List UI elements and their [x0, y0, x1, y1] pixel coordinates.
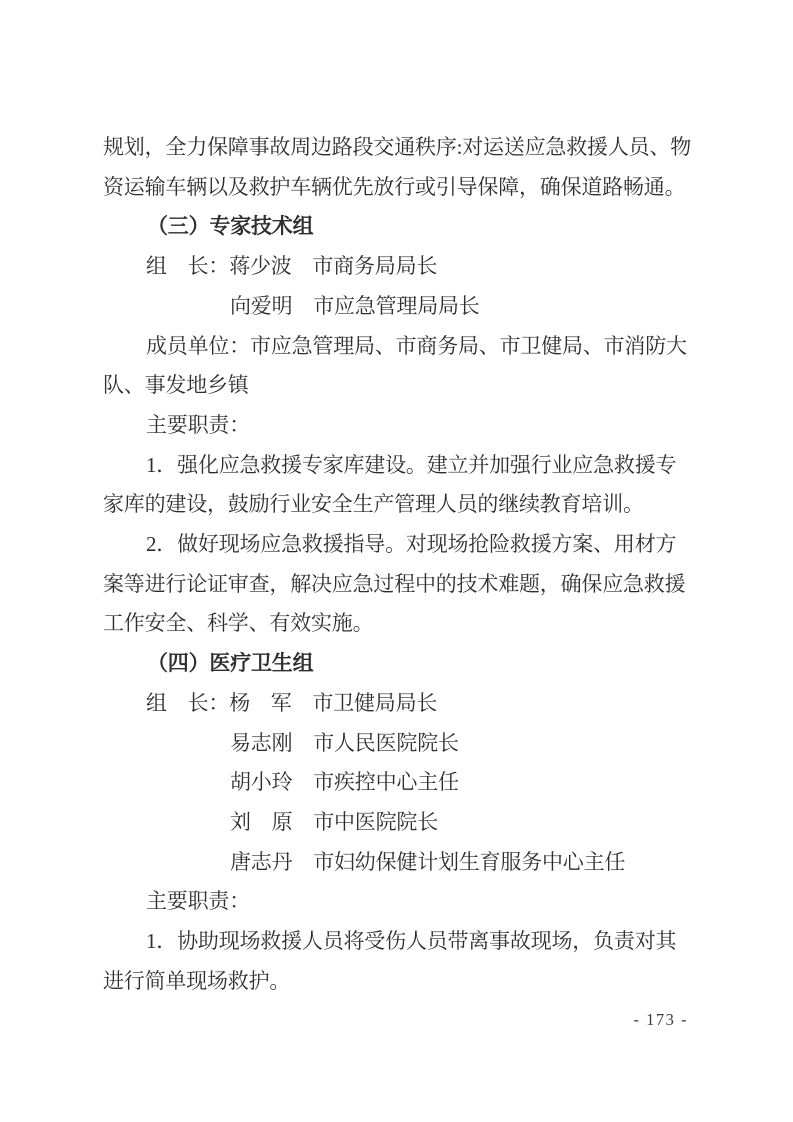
page-number: - 173 -: [634, 1010, 689, 1030]
document-page: 规划，全力保障事故周边路段交通秩序:对运送应急救援人员、物 资运输车辆以及救护车…: [0, 0, 793, 1122]
leader-line: 组 长：蒋少波 市商务局局长: [103, 247, 695, 287]
leader-line: 组 长：杨 军 市卫健局局长: [103, 684, 695, 724]
document-body: 规划，全力保障事故周边路段交通秩序:对运送应急救援人员、物 资运输车辆以及救护车…: [103, 128, 695, 1001]
duty-line: 工作安全、科学、有效实施。: [103, 604, 695, 644]
duty-line: 2．做好现场应急救援指导。对现场抢险救援方案、用材方: [103, 525, 695, 565]
leader-line: 胡小玲 市疾控中心主任: [103, 763, 695, 803]
duty-line: 1．强化应急救援专家库建设。建立并加强行业应急救援专: [103, 446, 695, 486]
duties-label: 主要职责：: [103, 882, 695, 922]
paragraph-line: 资运输车辆以及救护车辆优先放行或引导保障，确保道路畅通。: [103, 168, 695, 208]
duty-line: 进行简单现场救护。: [103, 962, 695, 1002]
section-4-heading: （四）医疗卫生组: [103, 644, 695, 684]
leader-line: 易志刚 市人民医院院长: [103, 724, 695, 764]
leader-line: 向爱明 市应急管理局局长: [103, 287, 695, 327]
member-units-line: 队、事发地乡镇: [103, 366, 695, 406]
member-units-line: 成员单位：市应急管理局、市商务局、市卫健局、市消防大: [103, 327, 695, 367]
duty-line: 案等进行论证审查，解决应急过程中的技术难题，确保应急救援: [103, 565, 695, 605]
duty-line: 1．协助现场救援人员将受伤人员带离事故现场，负责对其: [103, 922, 695, 962]
section-3-heading: （三）专家技术组: [103, 207, 695, 247]
leader-line: 刘 原 市中医院院长: [103, 803, 695, 843]
duty-line: 家库的建设，鼓励行业安全生产管理人员的继续教育培训。: [103, 485, 695, 525]
leader-line: 唐志丹 市妇幼保健计划生育服务中心主任: [103, 843, 695, 883]
duties-label: 主要职责：: [103, 406, 695, 446]
paragraph-line: 规划，全力保障事故周边路段交通秩序:对运送应急救援人员、物: [103, 128, 695, 168]
